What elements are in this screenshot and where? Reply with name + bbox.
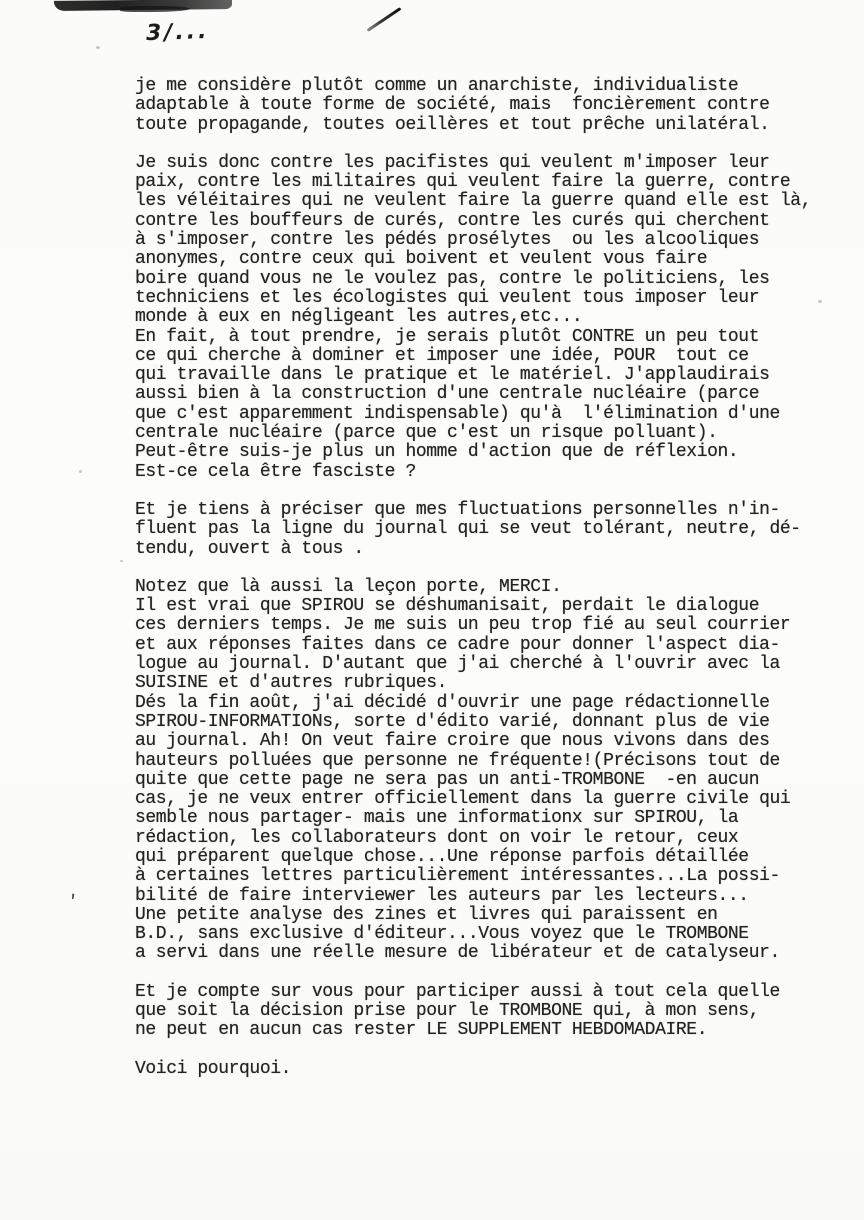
- page-number: 3/...: [146, 19, 210, 46]
- paragraph-spirou-informations: Notez que là aussi la leçon porte, MERCI…: [135, 578, 855, 964]
- pen-stroke-mark: [367, 7, 402, 32]
- margin-apostrophe-mark: ': [66, 892, 79, 912]
- paragraph-fluctuations: Et je tiens à préciser que mes fluctuati…: [135, 501, 855, 559]
- paragraph-contre-liste: Je suis donc contre les pacifistes qui v…: [135, 154, 855, 482]
- paragraph-voici-pourquoi: Voici pourquoi.: [135, 1060, 855, 1079]
- ink-smudge-blob: [120, 6, 190, 12]
- paper-speck: [96, 46, 100, 49]
- paper-speck: [79, 470, 82, 473]
- document-page: 3/... ' je me considère plutôt comme un …: [0, 0, 864, 1220]
- letter-body: je me considère plutôt comme un anarchis…: [135, 77, 855, 1098]
- paragraph-trombone-decision: Et je compte sur vous pour participer au…: [135, 983, 855, 1041]
- paper-speck: [120, 560, 123, 562]
- paragraph-intro: je me considère plutôt comme un anarchis…: [135, 77, 855, 135]
